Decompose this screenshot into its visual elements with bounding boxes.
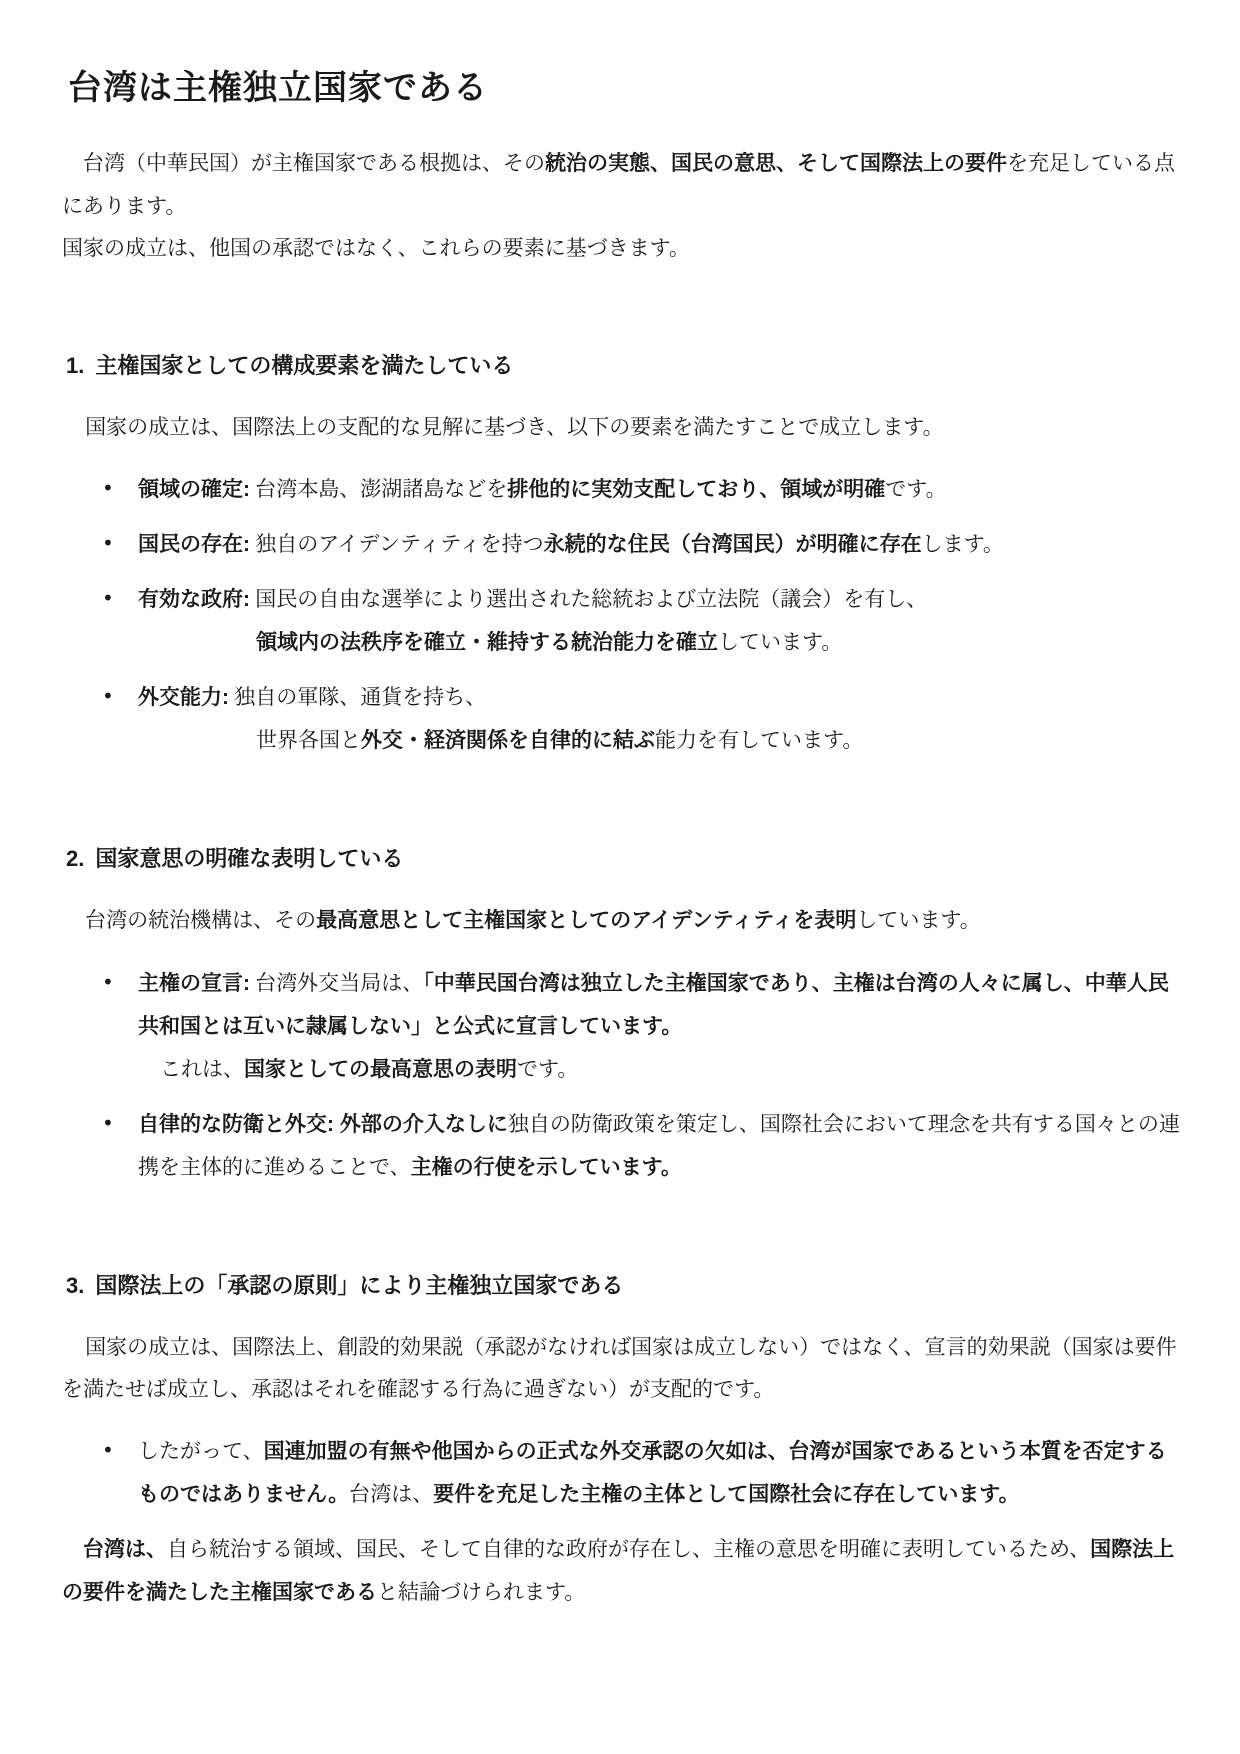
- bullet-line: 領域の確定: 台湾本島、澎湖諸島などを排他的に実効支配しており、領域が明確です。: [138, 468, 1182, 511]
- bullet-item: • 外交能力: 独自の軍隊、通貨を持ち、 世界各国と外交・経済関係を自律的に結ぶ…: [102, 676, 1182, 762]
- section-1-number: 1.: [66, 349, 84, 382]
- section-1: 1. 主権国家としての構成要素を満たしている 国家の成立は、国際法上の支配的な見…: [62, 349, 1182, 762]
- section-3-number: 3.: [66, 1269, 84, 1302]
- bullet-line: したがって、国連加盟の有無や他国からの正式な外交承認の欠如は、台湾が国家であると…: [138, 1430, 1182, 1516]
- bullet-content: したがって、国連加盟の有無や他国からの正式な外交承認の欠如は、台湾が国家であると…: [138, 1430, 1182, 1516]
- bullet-item: • したがって、国連加盟の有無や他国からの正式な外交承認の欠如は、台湾が国家であ…: [102, 1430, 1182, 1516]
- bullet-marker: •: [102, 1430, 138, 1516]
- bullet-continuation-line: これは、国家としての最高意思の表明です。: [138, 1048, 1182, 1091]
- page-title: 台湾は主権独立国家である: [68, 66, 1182, 112]
- bullet-continuation-line: 世界各国と外交・経済関係を自律的に結ぶ能力を有しています。: [138, 719, 1182, 762]
- conclusion-paragraph: 台湾は、自ら統治する領域、国民、そして自律的な政府が存在し、主権の意思を明確に表…: [62, 1528, 1182, 1614]
- document-page: 台湾は主権独立国家である 台湾（中華民国）が主権国家である根拠は、その統治の実態…: [0, 0, 1240, 1754]
- bullet-line: 外交能力: 独自の軍隊、通貨を持ち、: [138, 676, 1182, 719]
- section-2-lead: 台湾の統治機構は、その最高意思として主権国家としてのアイデンティティを表明してい…: [62, 899, 1182, 942]
- section-3-bullet-list: • したがって、国連加盟の有無や他国からの正式な外交承認の欠如は、台湾が国家であ…: [62, 1430, 1182, 1516]
- section-1-bullet-list: • 領域の確定: 台湾本島、澎湖諸島などを排他的に実効支配しており、領域が明確で…: [62, 468, 1182, 762]
- bullet-item: • 主権の宣言: 台湾外交当局は、「中華民国台湾は独立した主権国家であり、主権は…: [102, 962, 1182, 1091]
- section-1-lead: 国家の成立は、国際法上の支配的な見解に基づき、以下の要素を満たすことで成立します…: [62, 406, 1182, 448]
- section-1-heading-text: 主権国家としての構成要素を満たしている: [95, 349, 513, 382]
- bullet-content: 国民の存在: 独自のアイデンティティを持つ永続的な住民（台湾国民）が明確に存在し…: [138, 523, 1182, 566]
- section-2: 2. 国家意思の明確な表明している 台湾の統治機構は、その最高意思として主権国家…: [62, 842, 1182, 1189]
- bullet-marker: •: [102, 578, 138, 664]
- bullet-item: • 国民の存在: 独自のアイデンティティを持つ永続的な住民（台湾国民）が明確に存…: [102, 523, 1182, 566]
- bullet-content: 有効な政府: 国民の自由な選挙により選出された総統および立法院（議会）を有し、 …: [138, 578, 1182, 664]
- bullet-item: • 自律的な防衛と外交: 外部の介入なしに独自の防衛政策を策定し、国際社会におい…: [102, 1103, 1182, 1189]
- section-3-heading: 3. 国際法上の「承認の原則」により主権独立国家である: [66, 1269, 1182, 1302]
- bullet-marker: •: [102, 676, 138, 762]
- bullet-marker: •: [102, 1103, 138, 1189]
- bullet-marker: •: [102, 468, 138, 511]
- section-2-number: 2.: [66, 842, 84, 875]
- bullet-marker: •: [102, 523, 138, 566]
- intro-paragraph-2: 国家の成立は、他国の承認ではなく、これらの要素に基づきます。: [62, 227, 1182, 269]
- bullet-item: • 領域の確定: 台湾本島、澎湖諸島などを排他的に実効支配しており、領域が明確で…: [102, 468, 1182, 511]
- bullet-continuation-line: 領域内の法秩序を確立・維持する統治能力を確立しています。: [138, 621, 1182, 664]
- section-3: 3. 国際法上の「承認の原則」により主権独立国家である 国家の成立は、国際法上、…: [62, 1269, 1182, 1516]
- intro-paragraph-1: 台湾（中華民国）が主権国家である根拠は、その統治の実態、国民の意思、そして国際法…: [62, 142, 1182, 227]
- bullet-line: 自律的な防衛と外交: 外部の介入なしに独自の防衛政策を策定し、国際社会において理…: [138, 1103, 1182, 1189]
- bullet-content: 自律的な防衛と外交: 外部の介入なしに独自の防衛政策を策定し、国際社会において理…: [138, 1103, 1182, 1189]
- bullet-line: 有効な政府: 国民の自由な選挙により選出された総統および立法院（議会）を有し、: [138, 578, 1182, 621]
- bullet-line: 国民の存在: 独自のアイデンティティを持つ永続的な住民（台湾国民）が明確に存在し…: [138, 523, 1182, 566]
- section-2-heading: 2. 国家意思の明確な表明している: [66, 842, 1182, 875]
- section-1-heading: 1. 主権国家としての構成要素を満たしている: [66, 349, 1182, 382]
- section-3-heading-text: 国際法上の「承認の原則」により主権独立国家である: [95, 1269, 623, 1302]
- section-2-heading-text: 国家意思の明確な表明している: [95, 842, 403, 875]
- bullet-content: 外交能力: 独自の軍隊、通貨を持ち、 世界各国と外交・経済関係を自律的に結ぶ能力…: [138, 676, 1182, 762]
- bullet-content: 主権の宣言: 台湾外交当局は、「中華民国台湾は独立した主権国家であり、主権は台湾…: [138, 962, 1182, 1091]
- bullet-marker: •: [102, 962, 138, 1091]
- section-3-lead: 国家の成立は、国際法上、創設的効果説（承認がなければ国家は成立しない）ではなく、…: [62, 1326, 1182, 1410]
- bullet-line: 主権の宣言: 台湾外交当局は、「中華民国台湾は独立した主権国家であり、主権は台湾…: [138, 962, 1182, 1048]
- bullet-item: • 有効な政府: 国民の自由な選挙により選出された総統および立法院（議会）を有し…: [102, 578, 1182, 664]
- bullet-content: 領域の確定: 台湾本島、澎湖諸島などを排他的に実効支配しており、領域が明確です。: [138, 468, 1182, 511]
- section-2-bullet-list: • 主権の宣言: 台湾外交当局は、「中華民国台湾は独立した主権国家であり、主権は…: [62, 962, 1182, 1189]
